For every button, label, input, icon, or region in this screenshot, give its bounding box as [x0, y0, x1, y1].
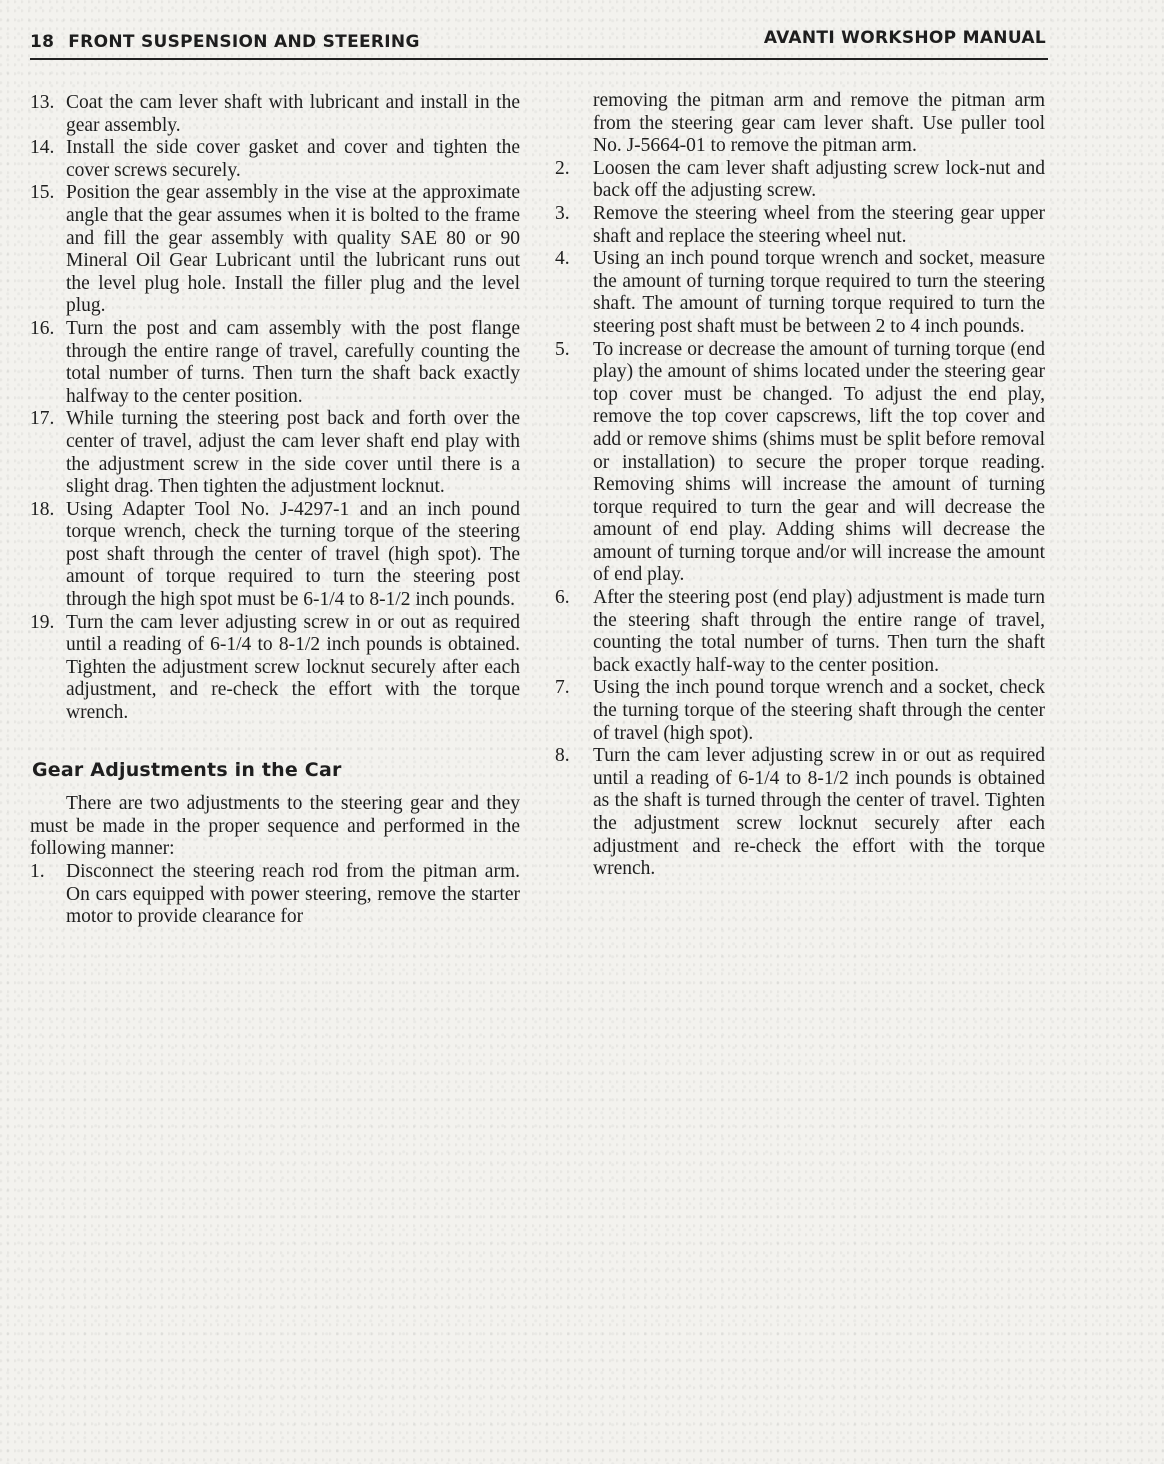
step-18: 18.Using Adapter Tool No. J-4297-1 and a… [30, 499, 520, 612]
step-3: 3.Remove the steering wheel from the ste… [555, 203, 1045, 248]
right-column: removing the pitman arm and remove the p… [555, 90, 1045, 881]
step-text: Position the gear assembly in the vise a… [66, 182, 520, 316]
step-text: After the steering post (end play) adjus… [593, 587, 1045, 676]
step-number: 3. [555, 203, 570, 226]
step-text: Using an inch pound torque wrench and so… [593, 248, 1045, 337]
step-6: 6.After the steering post (end play) adj… [555, 587, 1045, 677]
page-number: 18 [30, 32, 54, 52]
step-1: 1.Disconnect the steering reach rod from… [30, 861, 520, 929]
step-number: 2. [555, 158, 570, 181]
step-number: 5. [555, 339, 570, 362]
step-13: 13.Coat the cam lever shaft with lubrica… [30, 92, 520, 137]
page-header: 18FRONT SUSPENSION AND STEERING AVANTI W… [30, 28, 1046, 58]
step-text: While turning the steering post back and… [66, 408, 520, 497]
step-14: 14.Install the side cover gasket and cov… [30, 137, 520, 182]
step-number: 4. [555, 248, 570, 271]
step-15: 15.Position the gear assembly in the vis… [30, 182, 520, 318]
step-number: 13. [30, 92, 54, 115]
step-19: 19.Turn the cam lever adjusting screw in… [30, 612, 520, 725]
step-8: 8.Turn the cam lever adjusting screw in … [555, 745, 1045, 881]
section-heading: Gear Adjustments in the Car [32, 759, 520, 782]
step-1-continuation: removing the pitman arm and remove the p… [555, 90, 1045, 158]
step-number: 19. [30, 612, 54, 635]
step-number: 15. [30, 182, 54, 205]
step-5: 5.To increase or decrease the amount of … [555, 339, 1045, 588]
step-text: Turn the cam lever adjusting screw in or… [66, 612, 520, 723]
step-number: 14. [30, 137, 54, 160]
step-number: 6. [555, 587, 570, 610]
header-left: 18FRONT SUSPENSION AND STEERING [30, 32, 420, 52]
header-rule [30, 58, 1048, 60]
step-text: Using the inch pound torque wrench and a… [593, 677, 1045, 743]
step-4: 4.Using an inch pound torque wrench and … [555, 248, 1045, 338]
step-2: 2.Loosen the cam lever shaft adjusting s… [555, 158, 1045, 203]
section-title: FRONT SUSPENSION AND STEERING [68, 32, 419, 52]
step-text: Turn the post and cam assembly with the … [66, 318, 520, 407]
step-text: Loosen the cam lever shaft adjusting scr… [593, 158, 1045, 202]
step-text: Coat the cam lever shaft with lubricant … [66, 92, 520, 136]
step-text: To increase or decrease the amount of tu… [593, 339, 1045, 586]
step-text: Disconnect the steering reach rod from t… [66, 861, 520, 927]
step-number: 16. [30, 318, 54, 341]
step-16: 16.Turn the post and cam assembly with t… [30, 318, 520, 408]
manual-title: AVANTI WORKSHOP MANUAL [764, 28, 1046, 48]
step-text: Turn the cam lever adjusting screw in or… [593, 745, 1045, 879]
step-text: Remove the steering wheel from the steer… [593, 203, 1045, 247]
step-number: 18. [30, 499, 54, 522]
step-number: 17. [30, 408, 54, 431]
step-7: 7.Using the inch pound torque wrench and… [555, 677, 1045, 745]
step-number: 7. [555, 677, 570, 700]
step-17: 17.While turning the steering post back … [30, 408, 520, 498]
step-number: 8. [555, 745, 570, 768]
step-text: Install the side cover gasket and cover … [66, 137, 520, 181]
step-text: Using Adapter Tool No. J-4297-1 and an i… [66, 499, 520, 610]
step-number: 1. [30, 861, 45, 884]
intro-paragraph: There are two adjustments to the steerin… [30, 793, 520, 861]
left-column: 13.Coat the cam lever shaft with lubrica… [30, 92, 520, 929]
